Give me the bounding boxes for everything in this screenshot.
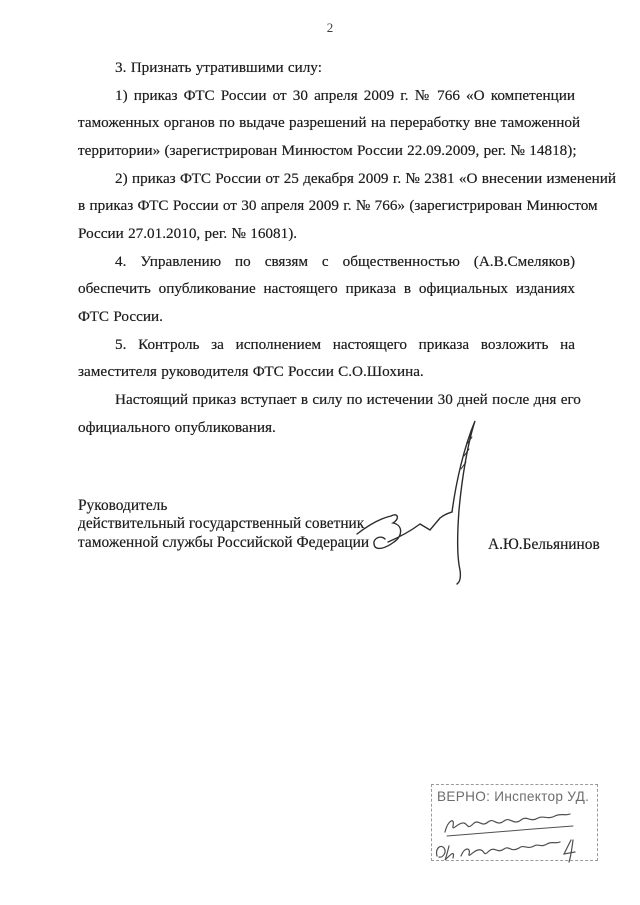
body-text-line: России 27.01.2010, рег. № 16081). [78,220,575,248]
page-number: 2 [320,20,340,36]
signatory-title-line: Руководитель [78,497,369,515]
order-body-text: 3. Признать утратившими силу: 1) приказ … [78,54,575,441]
body-text-line: официального опубликования. [78,414,575,442]
body-text-line: Настоящий приказ вступает в силу по исте… [78,386,575,414]
handwritten-signature [350,412,500,592]
body-text-line: 1) приказ ФТС России от 30 апреля 2009 г… [78,82,575,110]
body-text-line: территории» (зарегистрирован Минюстом Ро… [78,137,575,165]
body-text-line: 3. Признать утратившими силу: [78,54,575,82]
body-text-line: заместителя руководителя ФТС России С.О.… [78,358,575,386]
signature-initial-stroke [357,515,401,549]
body-text-line: ФТС России. [78,303,575,331]
scanned-order-page: 2 3. Признать утратившими силу: 1) прика… [0,0,640,905]
body-text-line: 5. Контроль за исполнением настоящего пр… [78,331,575,359]
stamp-handwriting [431,784,598,879]
body-text-line: в приказ ФТС России от 30 апреля 2009 г.… [78,192,575,220]
body-text-line: обеспечить опубликование настоящего прик… [78,275,575,303]
signatory-title-line: таможенной службы Российской Федерации [78,534,369,552]
signatory-title: Руководитель действительный государствен… [78,497,369,552]
body-text-line: таможенных органов по выдаче разрешений … [78,109,575,137]
stamp-handwritten-signature [445,814,570,832]
signature-loop-stroke [452,421,475,584]
signatory-name: А.Ю.Бельянинов [488,536,600,554]
body-text-line: 2) приказ ФТС России от 25 декабря 2009 … [78,165,575,193]
signatory-title-line: действительный государственный советник [78,515,369,533]
body-text-line: 4. Управлению по связям с общественность… [78,248,575,276]
signature-hatch-marks [461,437,472,469]
stamp-handwritten-date [437,840,575,862]
stamp-signature-underline [447,826,573,836]
